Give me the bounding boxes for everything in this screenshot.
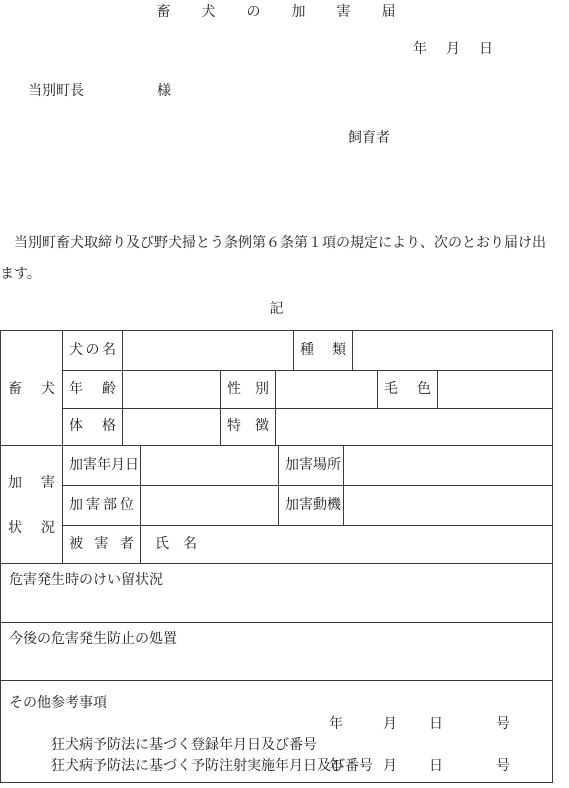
incident-date-label: 加害年月日 (63, 446, 141, 485)
coat-color-label: 毛色 (378, 371, 438, 408)
victim-name-cell: 氏 名 (141, 526, 552, 563)
dog-section-label: 畜犬 (1, 378, 62, 398)
prevention-cell: 今後の危害発生防止の処置 (1, 623, 552, 681)
year-label: 年 (329, 714, 343, 735)
injury-part-label: 加害部位 (63, 486, 141, 525)
breed-label: 種類 (294, 331, 353, 370)
victim-label: 被害者 (63, 526, 141, 563)
dog-section-header: 畜犬 (1, 331, 63, 445)
coat-color-field (438, 371, 552, 408)
month-label: 月 (383, 714, 397, 735)
other-notes-heading: その他参考事項 (1, 693, 552, 714)
table-row: 犬の名 種類 (63, 331, 552, 371)
dog-name-label: 犬の名 (63, 331, 123, 370)
incident-place-label: 加害場所 (279, 446, 344, 485)
table-row: 年齢 性別 毛色 (63, 371, 552, 409)
day-label: 日 (429, 714, 443, 735)
vaccination-date-line: 年 月 日 号 (1, 756, 552, 777)
dog-name-field (123, 331, 294, 370)
registration-line: 狂犬病予防法に基づく登録年月日及び番号 年 月 日 号 (1, 714, 552, 735)
table-row: 被害者 氏 名 (63, 526, 552, 563)
year-label: 年 (329, 756, 343, 777)
notation-label: 記 (0, 300, 553, 320)
vaccination-line: 狂犬病予防法に基づく予防注射実施年月日及び番号 (1, 735, 552, 756)
sex-field (276, 371, 378, 408)
other-notes-cell: その他参考事項 狂犬病予防法に基づく登録年月日及び番号 年 月 日 号 狂犬病予… (1, 681, 552, 782)
prevention-label: 今後の危害発生防止の処置 (9, 632, 177, 647)
build-field (123, 409, 221, 445)
incident-section-header: 加害 状況 (1, 446, 63, 563)
build-label: 体格 (63, 409, 123, 445)
motive-field (344, 486, 552, 525)
tether-status-label: 危害発生時のけい留状況 (9, 573, 163, 588)
injury-part-field (141, 486, 279, 525)
tether-status-cell: 危害発生時のけい留状況 (1, 564, 552, 623)
sex-label: 性別 (221, 371, 276, 408)
table-row: 加害年月日 加害場所 (63, 446, 552, 486)
keeper-label: 飼育者 (348, 129, 390, 149)
table-row: 加害部位 加害動機 (63, 486, 552, 526)
age-label: 年齢 (63, 371, 123, 408)
document-title: 畜 犬 の 加 害 届 (0, 3, 553, 23)
addressee-name: 当別町長 (28, 82, 84, 102)
features-field (276, 409, 552, 445)
addressee-honorific: 様 (157, 82, 171, 102)
incident-date-field (141, 446, 279, 485)
number-label: 号 (496, 756, 510, 777)
document-page: 畜 犬 の 加 害 届 年 月 日 当別町長 様 飼育者 当別町畜犬取締り及び野… (0, 0, 569, 788)
incident-rows: 加害年月日 加害場所 加害部位 加害動機 被害者 氏 名 (63, 446, 552, 563)
breed-field (353, 331, 552, 370)
incident-section: 加害 状況 加害年月日 加害場所 加害部位 加害動機 被害者 (1, 446, 552, 564)
report-form-table: 畜犬 犬の名 種類 年齢 性別 毛色 体格 (0, 330, 553, 783)
age-field (123, 371, 221, 408)
dog-rows: 犬の名 種類 年齢 性別 毛色 体格 特徴 (63, 331, 552, 445)
date-placeholder: 年 月 日 (413, 40, 496, 60)
incident-section-label-1: 加害 (1, 472, 62, 492)
motive-label: 加害動機 (279, 486, 344, 525)
day-label: 日 (429, 756, 443, 777)
number-label: 号 (496, 714, 510, 735)
body-paragraph-line1: 当別町畜犬取締り及び野犬掃とう条例第６条第１項の規定により、次のとおり届け出 (0, 234, 569, 254)
table-row: 体格 特徴 (63, 409, 552, 445)
incident-section-label-2: 状況 (1, 517, 62, 537)
month-label: 月 (383, 756, 397, 777)
body-paragraph-line2: ます。 (0, 265, 41, 285)
dog-section: 畜犬 犬の名 種類 年齢 性別 毛色 体格 (1, 331, 552, 446)
incident-place-field (344, 446, 552, 485)
features-label: 特徴 (221, 409, 276, 445)
